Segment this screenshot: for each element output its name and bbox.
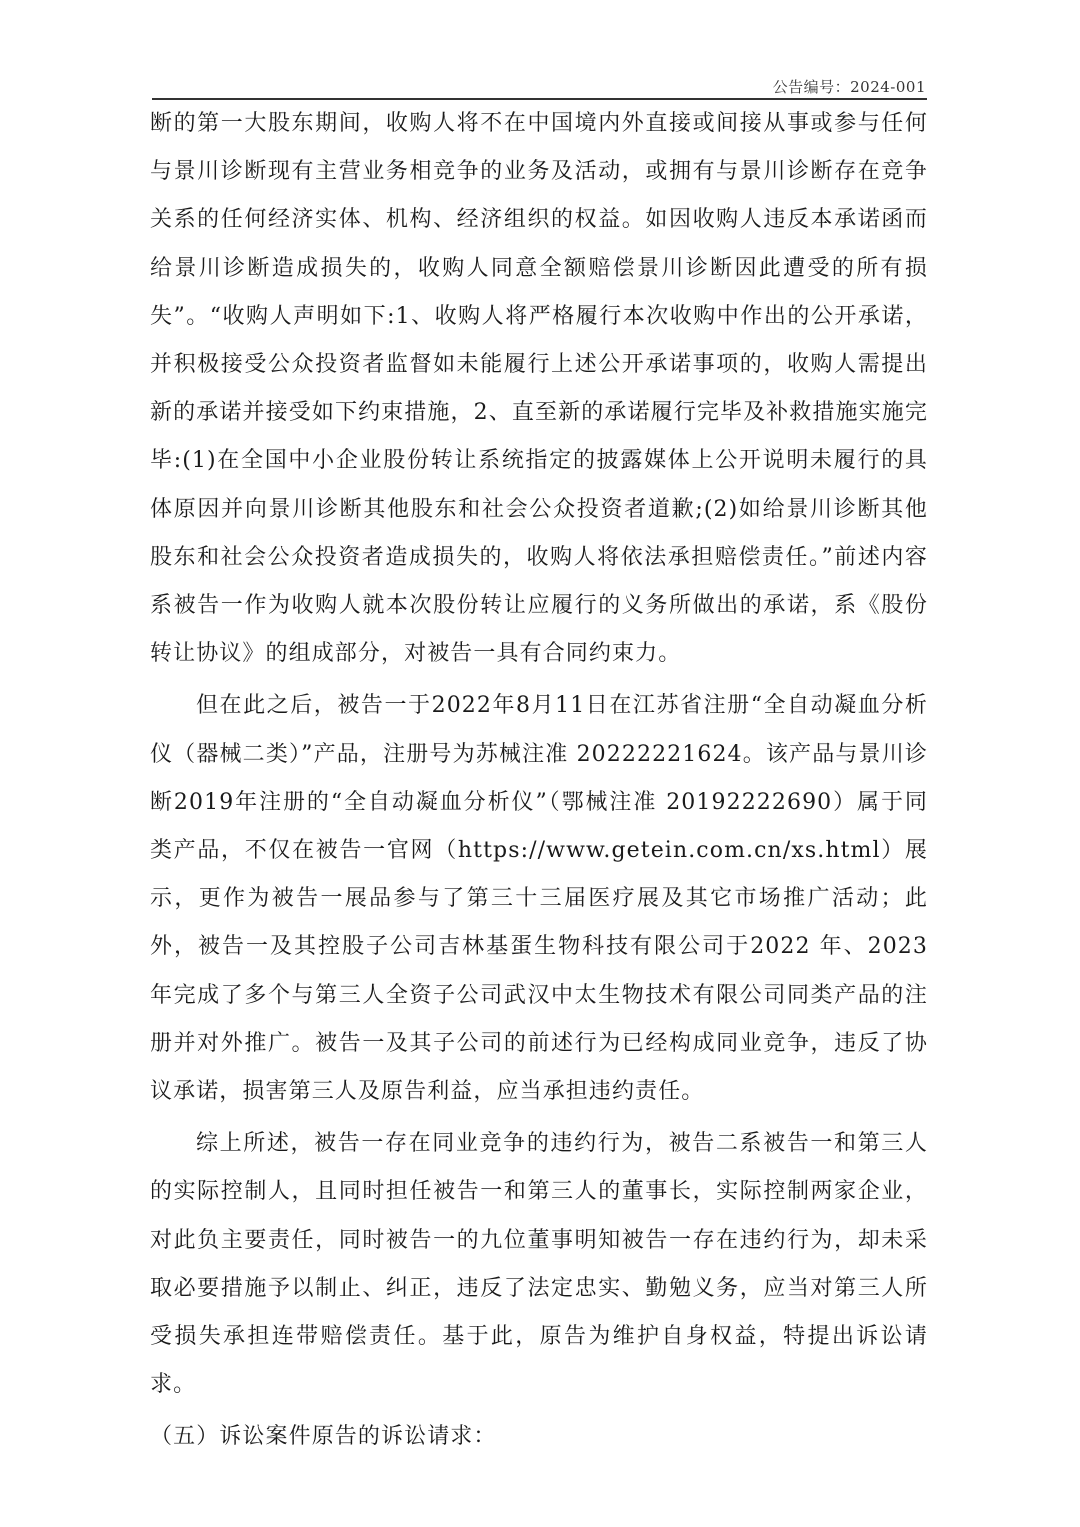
announcement-number: 公告编号：2024-001	[773, 76, 926, 97]
paragraph-competing-product: 但在此之后，被告一于2022年8月11日在江苏省注册“全自动凝血分析仪（器械二类…	[150, 682, 928, 1116]
paragraph-summary: 综上所述，被告一存在同业竞争的违约行为，被告二系被告一和第三人的实际控制人，且同…	[150, 1120, 928, 1409]
paragraph-commitment-clause: 断的第一大股东期间，收购人将不在中国境内外直接或间接从事或参与任何与景川诊断现有…	[150, 100, 928, 678]
section-heading-claims: （五）诉讼案件原告的诉讼请求：	[150, 1413, 928, 1461]
document-body: 断的第一大股东期间，收购人将不在中国境内外直接或间接从事或参与任何与景川诊断现有…	[150, 100, 928, 1461]
